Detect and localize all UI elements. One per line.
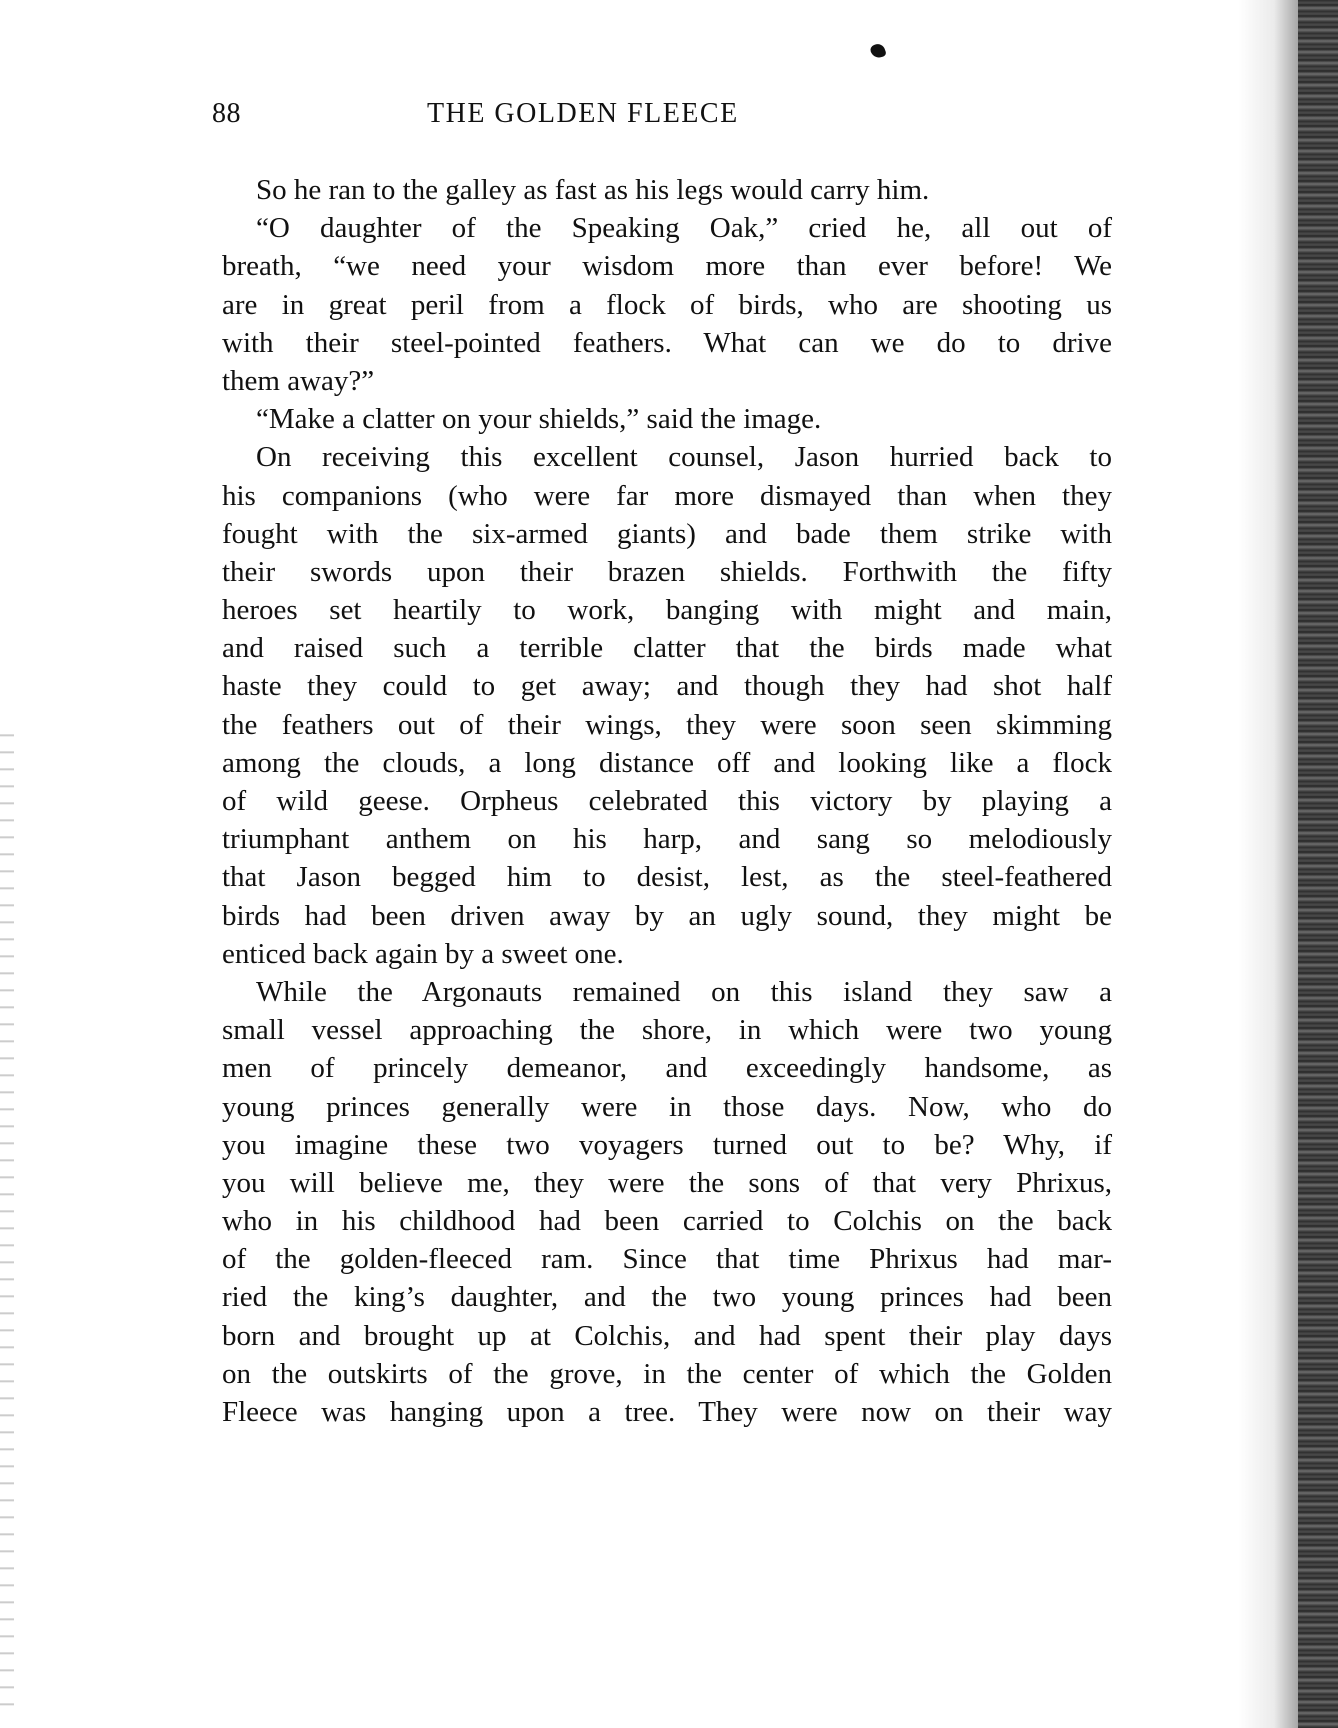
text-line: So he ran to the galley as fast as his l…: [222, 171, 1112, 209]
text-line: his companions (who were far more dismay…: [222, 477, 1112, 515]
text-line: you will believe me, they were the sons …: [222, 1164, 1112, 1202]
scan-edge-right: [1298, 0, 1338, 1728]
text-line: them away?”: [222, 362, 1112, 400]
page-header: 88 THE GOLDEN FLEECE: [212, 98, 1112, 138]
text-line: birds had been driven away by an ugly so…: [222, 897, 1112, 935]
text-line: men of princely demeanor, and exceedingl…: [222, 1049, 1112, 1087]
text-line: breath, “we need your wisdom more than e…: [222, 247, 1112, 285]
text-line: “O daughter of the Speaking Oak,” cried …: [222, 209, 1112, 247]
text-line: triumphant anthem on his harp, and sang …: [222, 820, 1112, 858]
text-line: among the clouds, a long distance off an…: [222, 744, 1112, 782]
scanned-page: 88 THE GOLDEN FLEECE So he ran to the ga…: [0, 0, 1338, 1728]
text-line: and raised such a terrible clatter that …: [222, 629, 1112, 667]
text-line: you imagine these two voyagers turned ou…: [222, 1126, 1112, 1164]
scan-edge-left: [0, 720, 14, 1720]
text-line: on the outskirts of the grove, in the ce…: [222, 1355, 1112, 1393]
text-line: fought with the six-armed giants) and ba…: [222, 515, 1112, 553]
text-line: the feathers out of their wings, they we…: [222, 706, 1112, 744]
text-line: Fleece was hanging upon a tree. They wer…: [222, 1393, 1112, 1431]
text-line: small vessel approaching the shore, in w…: [222, 1011, 1112, 1049]
text-line: their swords upon their brazen shields. …: [222, 553, 1112, 591]
text-line: “Make a clatter on your shields,” said t…: [222, 400, 1112, 438]
ink-blot: [869, 42, 887, 60]
page-number: 88: [212, 98, 241, 130]
text-line: haste they could to get away; and though…: [222, 667, 1112, 705]
text-line: of wild geese. Orpheus celebrated this v…: [222, 782, 1112, 820]
text-line: While the Argonauts remained on this isl…: [222, 973, 1112, 1011]
scan-edge-shadow: [1238, 0, 1298, 1728]
text-line: ried the king’s daughter, and the two yo…: [222, 1278, 1112, 1316]
text-line: that Jason begged him to desist, lest, a…: [222, 858, 1112, 896]
text-line: heroes set heartily to work, banging wit…: [222, 591, 1112, 629]
text-line: born and brought up at Colchis, and had …: [222, 1317, 1112, 1355]
body-text: So he ran to the galley as fast as his l…: [222, 171, 1112, 1431]
running-title: THE GOLDEN FLEECE: [427, 98, 739, 130]
text-line: of the golden-fleeced ram. Since that ti…: [222, 1240, 1112, 1278]
text-line: enticed back again by a sweet one.: [222, 935, 1112, 973]
text-line: are in great peril from a flock of birds…: [222, 286, 1112, 324]
text-line: with their steel-pointed feathers. What …: [222, 324, 1112, 362]
text-line: who in his childhood had been carried to…: [222, 1202, 1112, 1240]
text-line: On receiving this excellent counsel, Jas…: [222, 438, 1112, 476]
text-line: young princes generally were in those da…: [222, 1088, 1112, 1126]
